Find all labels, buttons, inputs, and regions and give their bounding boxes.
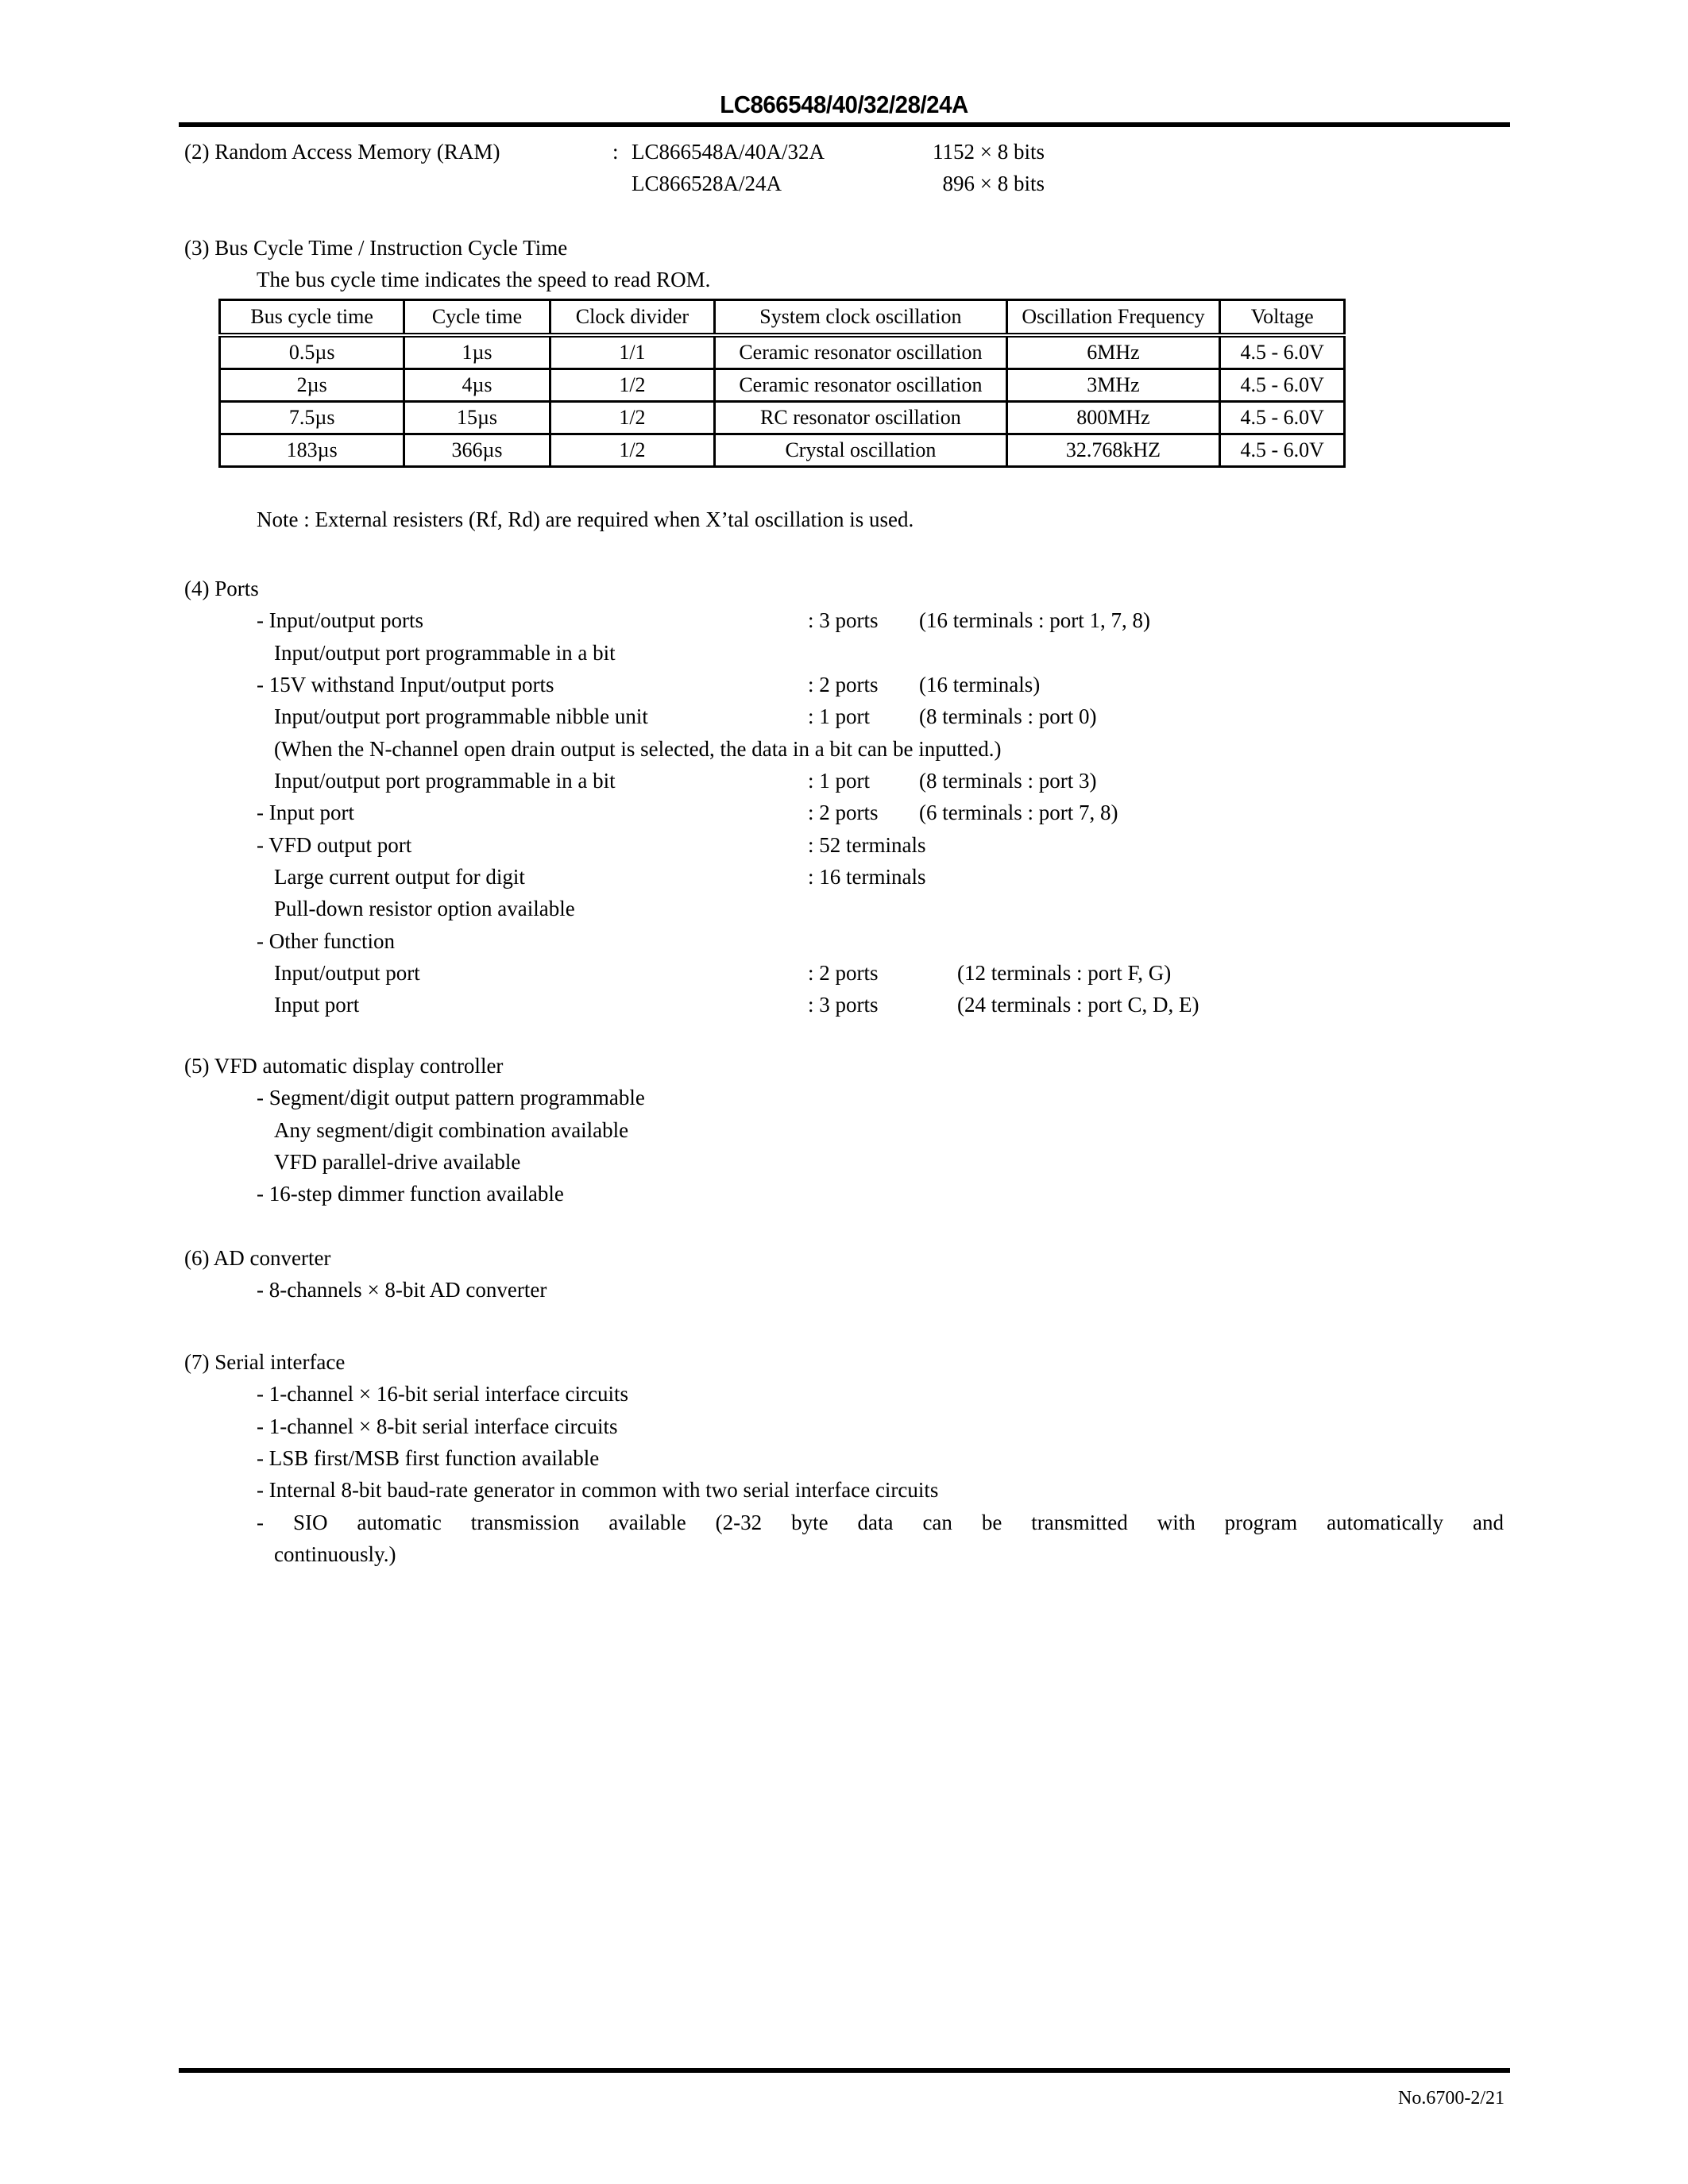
section-heading-serial-interface: (7) Serial interface bbox=[184, 1352, 345, 1373]
vfd-line: Any segment/digit combination available bbox=[274, 1120, 628, 1141]
port-line-count: : 3 ports bbox=[808, 610, 879, 631]
ad-line: - 8-channels × 8-bit AD converter bbox=[257, 1279, 547, 1301]
vfd-line: - Segment/digit output pattern programma… bbox=[257, 1087, 645, 1109]
section-heading-ports: (4) Ports bbox=[184, 578, 259, 600]
table-row: 0.5µs 1µs 1/1 Ceramic resonator oscillat… bbox=[220, 335, 1345, 369]
table-cell: 4.5 - 6.0V bbox=[1220, 402, 1345, 434]
section-heading-vfd: (5) VFD automatic display controller bbox=[184, 1055, 503, 1077]
port-line-detail: (12 terminals : port F, G) bbox=[957, 963, 1171, 984]
port-line-text: Input/output port programmable in a bit bbox=[274, 642, 616, 664]
port-line-text: Pull-down resistor option available bbox=[274, 898, 575, 920]
column-header: Voltage bbox=[1220, 300, 1345, 336]
port-line-count: : 16 terminals bbox=[808, 866, 925, 888]
port-line-detail: (16 terminals) bbox=[919, 674, 1040, 696]
serial-line-justified: - SIO automatic transmission available (… bbox=[257, 1512, 1504, 1534]
document-header-title: LC866548/40/32/28/24A bbox=[42, 92, 1646, 117]
port-line-text: Input/output port programmable nibble un… bbox=[274, 706, 648, 727]
table-cell: 0.5µs bbox=[220, 335, 404, 369]
table-cell: 1µs bbox=[404, 335, 550, 369]
table-cell: 4.5 - 6.0V bbox=[1220, 434, 1345, 467]
port-line-detail: (8 terminals : port 3) bbox=[919, 770, 1096, 792]
ram-size: 1152 × 8 bits bbox=[874, 141, 1045, 163]
table-row: 2µs 4µs 1/2 Ceramic resonator oscillatio… bbox=[220, 369, 1345, 402]
table-cell: 1/1 bbox=[550, 335, 714, 369]
column-header: Cycle time bbox=[404, 300, 550, 336]
column-header: Oscillation Frequency bbox=[1006, 300, 1220, 336]
table-cell: 1/2 bbox=[550, 369, 714, 402]
serial-line: - Internal 8-bit baud-rate generator in … bbox=[257, 1480, 938, 1501]
port-line-text: (When the N-channel open drain output is… bbox=[274, 739, 1001, 760]
table-cell: 4.5 - 6.0V bbox=[1220, 369, 1345, 402]
port-line-text: - VFD output port bbox=[257, 835, 411, 856]
column-header: System clock oscillation bbox=[715, 300, 1006, 336]
serial-line: - 1-channel × 8-bit serial interface cir… bbox=[257, 1416, 618, 1437]
table-cell: 2µs bbox=[220, 369, 404, 402]
port-line-text: Input port bbox=[274, 994, 359, 1016]
table-row: 183µs 366µs 1/2 Crystal oscillation 32.7… bbox=[220, 434, 1345, 467]
table-cell: Crystal oscillation bbox=[715, 434, 1006, 467]
header-rule bbox=[179, 122, 1510, 127]
page-number: No.6700-2/21 bbox=[1398, 2089, 1505, 2108]
bus-cycle-table: Bus cycle time Cycle time Clock divider … bbox=[218, 299, 1346, 468]
table-cell: 800MHz bbox=[1006, 402, 1220, 434]
serial-line: - 1-channel × 16-bit serial interface ci… bbox=[257, 1383, 628, 1405]
port-line-detail: (8 terminals : port 0) bbox=[919, 706, 1096, 727]
port-line-count: : 52 terminals bbox=[808, 835, 925, 856]
table-cell: 4µs bbox=[404, 369, 550, 402]
table-cell: 183µs bbox=[220, 434, 404, 467]
table-row: 7.5µs 15µs 1/2 RC resonator oscillation … bbox=[220, 402, 1345, 434]
port-line-count: : 2 ports bbox=[808, 802, 879, 824]
table-cell: 1/2 bbox=[550, 402, 714, 434]
ram-size: 896 × 8 bits bbox=[874, 173, 1045, 195]
oscillation-note: Note : External resisters (Rf, Rd) are r… bbox=[257, 509, 914, 531]
serial-line: - LSB first/MSB first function available bbox=[257, 1448, 599, 1469]
table-cell: 3MHz bbox=[1006, 369, 1220, 402]
port-line-count: : 3 ports bbox=[808, 994, 879, 1016]
port-line-count: : 2 ports bbox=[808, 674, 879, 696]
table-header-row: Bus cycle time Cycle time Clock divider … bbox=[220, 300, 1345, 336]
column-header: Bus cycle time bbox=[220, 300, 404, 336]
port-line-detail: (6 terminals : port 7, 8) bbox=[919, 802, 1118, 824]
port-line-text: Large current output for digit bbox=[274, 866, 525, 888]
port-line-count: : 1 port bbox=[808, 770, 870, 792]
section-heading-bus-cycle: (3) Bus Cycle Time / Instruction Cycle T… bbox=[184, 237, 567, 259]
table-cell: 6MHz bbox=[1006, 335, 1220, 369]
ram-model: LC866528A/24A bbox=[632, 173, 782, 195]
table-cell: RC resonator oscillation bbox=[715, 402, 1006, 434]
section-heading-ad-converter: (6) AD converter bbox=[184, 1248, 330, 1269]
table-cell: 4.5 - 6.0V bbox=[1220, 335, 1345, 369]
port-line-detail: (16 terminals : port 1, 7, 8) bbox=[919, 610, 1150, 631]
table-cell: Ceramic resonator oscillation bbox=[715, 369, 1006, 402]
table-cell: 7.5µs bbox=[220, 402, 404, 434]
table-cell: 1/2 bbox=[550, 434, 714, 467]
serial-line: continuously.) bbox=[274, 1544, 396, 1565]
ram-model: LC866548A/40A/32A bbox=[632, 141, 825, 163]
footer-rule bbox=[179, 2068, 1510, 2073]
port-line-count: : 2 ports bbox=[808, 963, 879, 984]
table-cell: 15µs bbox=[404, 402, 550, 434]
vfd-line: - 16-step dimmer function available bbox=[257, 1183, 564, 1205]
port-line-text: - 15V withstand Input/output ports bbox=[257, 674, 554, 696]
port-line-detail: (24 terminals : port C, D, E) bbox=[957, 994, 1199, 1016]
table-cell: Ceramic resonator oscillation bbox=[715, 335, 1006, 369]
ram-colon: : bbox=[612, 141, 619, 163]
port-line-text: - Input port bbox=[257, 802, 354, 824]
port-line-text: - Other function bbox=[257, 931, 395, 952]
table-cell: 32.768kHZ bbox=[1006, 434, 1220, 467]
ram-label: (2) Random Access Memory (RAM) bbox=[184, 141, 500, 163]
bus-cycle-description: The bus cycle time indicates the speed t… bbox=[257, 269, 710, 291]
port-line-text: Input/output port programmable in a bit bbox=[274, 770, 616, 792]
vfd-line: VFD parallel-drive available bbox=[274, 1152, 520, 1173]
port-line-text: - Input/output ports bbox=[257, 610, 423, 631]
column-header: Clock divider bbox=[550, 300, 714, 336]
port-line-count: : 1 port bbox=[808, 706, 870, 727]
port-line-text: Input/output port bbox=[274, 963, 420, 984]
table-cell: 366µs bbox=[404, 434, 550, 467]
